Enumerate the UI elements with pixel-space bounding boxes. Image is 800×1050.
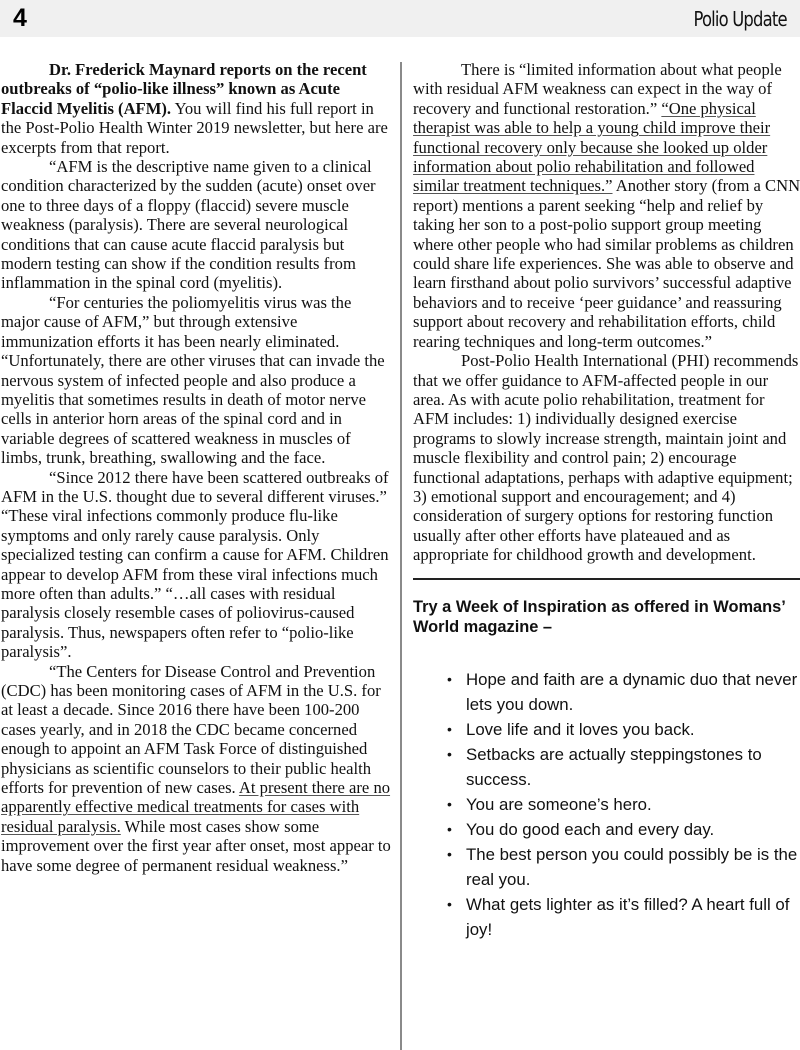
- recovery-info-paragraph: There is “limited information about what…: [413, 60, 800, 351]
- poliomyelitis-history-paragraph: “For centuries the poliomyelitis virus w…: [1, 293, 393, 468]
- bullet-icon: •: [447, 817, 452, 842]
- outbreaks-paragraph: “Since 2012 there have been scattered ou…: [1, 468, 393, 662]
- column-divider: [400, 62, 402, 1050]
- list-item-text: You do good each and every day.: [466, 820, 714, 839]
- page-header-bar: 4 Polio Update: [0, 0, 800, 37]
- bullet-icon: •: [447, 717, 452, 742]
- bullet-icon: •: [447, 742, 452, 767]
- list-item-text: Setbacks are actually steppingstones to …: [466, 745, 762, 789]
- afm-definition-paragraph: “AFM is the descriptive name given to a …: [1, 157, 393, 293]
- bullet-icon: •: [447, 842, 452, 867]
- list-item: •Love life and it loves you back.: [466, 717, 800, 742]
- right-column: There is “limited information about what…: [413, 60, 800, 942]
- list-item-text: Love life and it loves you back.: [466, 720, 695, 739]
- inspiration-list: •Hope and faith are a dynamic duo that n…: [413, 667, 800, 942]
- list-item: •You do good each and every day.: [466, 817, 800, 842]
- section-divider-rule: [413, 578, 800, 580]
- list-item: •What gets lighter as it’s filled? A hea…: [466, 892, 800, 942]
- inspiration-heading: Try a Week of Inspiration as offered in …: [413, 597, 800, 637]
- cdc-paragraph: “The Centers for Disease Control and Pre…: [1, 662, 393, 875]
- list-item-text: Hope and faith are a dynamic duo that ne…: [466, 670, 797, 714]
- list-item-text: You are someone’s hero.: [466, 795, 652, 814]
- list-item: •Setbacks are actually steppingstones to…: [466, 742, 800, 792]
- left-column: Dr. Frederick Maynard reports on the rec…: [1, 60, 393, 875]
- list-item-text: What gets lighter as it’s filled? A hear…: [466, 895, 789, 939]
- page-number: 4: [13, 3, 27, 33]
- bullet-icon: •: [447, 892, 452, 917]
- phi-recommendation-paragraph: Post-Polio Health International (PHI) re…: [413, 351, 800, 564]
- list-item: •Hope and faith are a dynamic duo that n…: [466, 667, 800, 717]
- publication-title: Polio Update: [694, 5, 787, 33]
- list-item: •The best person you could possibly be i…: [466, 842, 800, 892]
- recovery-text-end: Another story (from a CNN report) mentio…: [413, 176, 800, 350]
- bullet-icon: •: [447, 667, 452, 692]
- list-item-text: The best person you could possibly be is…: [466, 845, 797, 889]
- intro-paragraph: Dr. Frederick Maynard reports on the rec…: [1, 60, 393, 157]
- cdc-text-start: “The Centers for Disease Control and Pre…: [1, 662, 381, 797]
- list-item: •You are someone’s hero.: [466, 792, 800, 817]
- bullet-icon: •: [447, 792, 452, 817]
